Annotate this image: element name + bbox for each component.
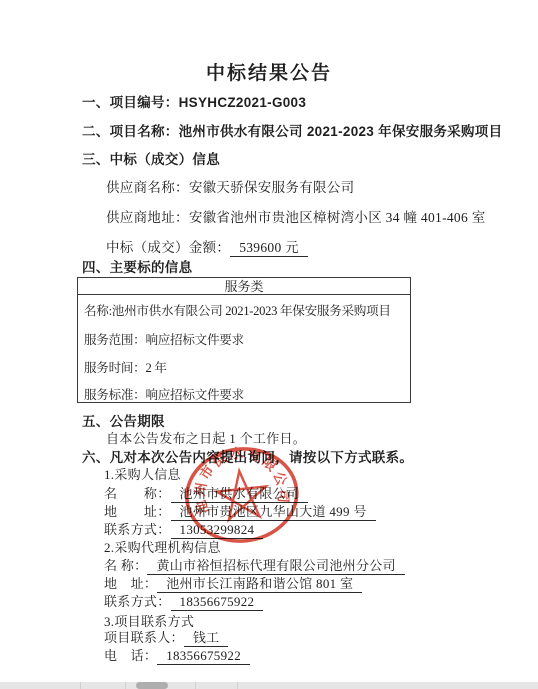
table-row-service-standard: 服务标准：响应招标文件要求 — [84, 384, 244, 403]
purchaser-info-heading: 1.采购人信息 — [104, 464, 181, 483]
project-contact-tel-row: 电 话：18356675922 — [104, 645, 250, 664]
agency-address-row: 地 址：池州市长江南路和谐公馆 801 室 — [104, 573, 362, 592]
table-row-service-period: 服务时间：2 年 — [84, 357, 167, 376]
project-name-label: 二、项目名称： — [82, 124, 179, 139]
table-row-service-scope: 服务范围：响应招标文件要求 — [84, 329, 244, 348]
scrollbar-separator — [125, 682, 126, 689]
supplier-name-value: 安徽天骄保安服务有限公司 — [189, 180, 355, 195]
project-contact-tel-value: 18356675922 — [157, 648, 250, 665]
purchaser-address-label: 地 址： — [104, 504, 171, 519]
table-header-service-category: 服务类 — [78, 278, 410, 295]
agency-phone-value: 18356675922 — [171, 594, 264, 611]
horizontal-scrollbar-thumb[interactable] — [136, 682, 168, 689]
agency-name-row: 名 称：黄山市裕恒招标代理有限公司池州分公司 — [104, 555, 405, 574]
section-announcement-period-heading: 五、公告期限 — [82, 410, 165, 430]
purchaser-phone-row: 联系方式：13053299824 — [104, 519, 263, 538]
purchaser-name-row: 名 称：池州市供水有限公司 — [104, 483, 308, 502]
project-contact-tel-label: 电 话： — [104, 648, 157, 663]
table-row-name: 名称:池州市供水有限公司 2021-2023 年保安服务采购项目 — [84, 300, 391, 319]
project-contact-person-row: 项目联系人：钱工 — [104, 627, 228, 646]
section-subject-info-heading: 四、主要标的信息 — [82, 256, 192, 276]
purchaser-address-row: 地 址：池州市贵池区九华山大道 499 号 — [104, 501, 376, 520]
supplier-address-row: 供应商地址：安徽省池州市贵池区樟树湾小区 34 幢 401-406 室 — [106, 206, 486, 226]
purchaser-name-label: 名 称： — [104, 486, 171, 501]
project-name-value: 池州市供水有限公司 2021-2023 年保安服务采购项目 — [179, 124, 503, 139]
scrollbar-separator — [195, 682, 196, 689]
purchaser-phone-label: 联系方式： — [104, 522, 171, 537]
agency-info-heading: 2.采购代理机构信息 — [104, 537, 221, 556]
project-number-value: HSYHCZ2021-G003 — [179, 95, 307, 110]
supplier-address-label: 供应商地址： — [106, 210, 189, 225]
subject-info-table: 服务类 名称:池州市供水有限公司 2021-2023 年保安服务采购项目 服务范… — [77, 277, 411, 403]
section-contact-heading: 六、凡对本次公告内容提出询问，请按以下方式联系。 — [82, 446, 413, 466]
announcement-period-body: 自本公告发布之日起 1 个工作日。 — [106, 428, 306, 447]
scrollbar-separator — [80, 682, 81, 689]
section-project-number: 一、项目编号：HSYHCZ2021-G003 — [82, 91, 306, 111]
supplier-address-value: 安徽省池州市贵池区樟树湾小区 34 幢 401-406 室 — [189, 210, 486, 225]
supplier-name-row: 供应商名称：安徽天骄保安服务有限公司 — [106, 176, 354, 196]
section-project-name: 二、项目名称：池州市供水有限公司 2021-2023 年保安服务采购项目 — [82, 120, 502, 140]
agency-address-label: 地 址： — [104, 576, 157, 591]
agency-phone-label: 联系方式： — [104, 594, 171, 609]
scrollbar-separator — [237, 682, 238, 689]
supplier-name-label: 供应商名称： — [106, 180, 189, 195]
project-number-label: 一、项目编号： — [82, 95, 179, 110]
award-amount-value: 539600 元 — [230, 240, 308, 257]
award-amount-row: 中标（成交）金额：539600 元 — [106, 236, 308, 256]
horizontal-scrollbar-track[interactable] — [0, 682, 538, 689]
section-award-info-heading: 三、中标（成交）信息 — [82, 148, 220, 168]
project-contact-person-label: 项目联系人： — [104, 630, 184, 645]
award-amount-label: 中标（成交）金额： — [106, 240, 230, 255]
page-title: 中标结果公告 — [0, 58, 538, 85]
agency-phone-row: 联系方式：18356675922 — [104, 591, 263, 610]
agency-name-label: 名 称： — [104, 558, 147, 573]
